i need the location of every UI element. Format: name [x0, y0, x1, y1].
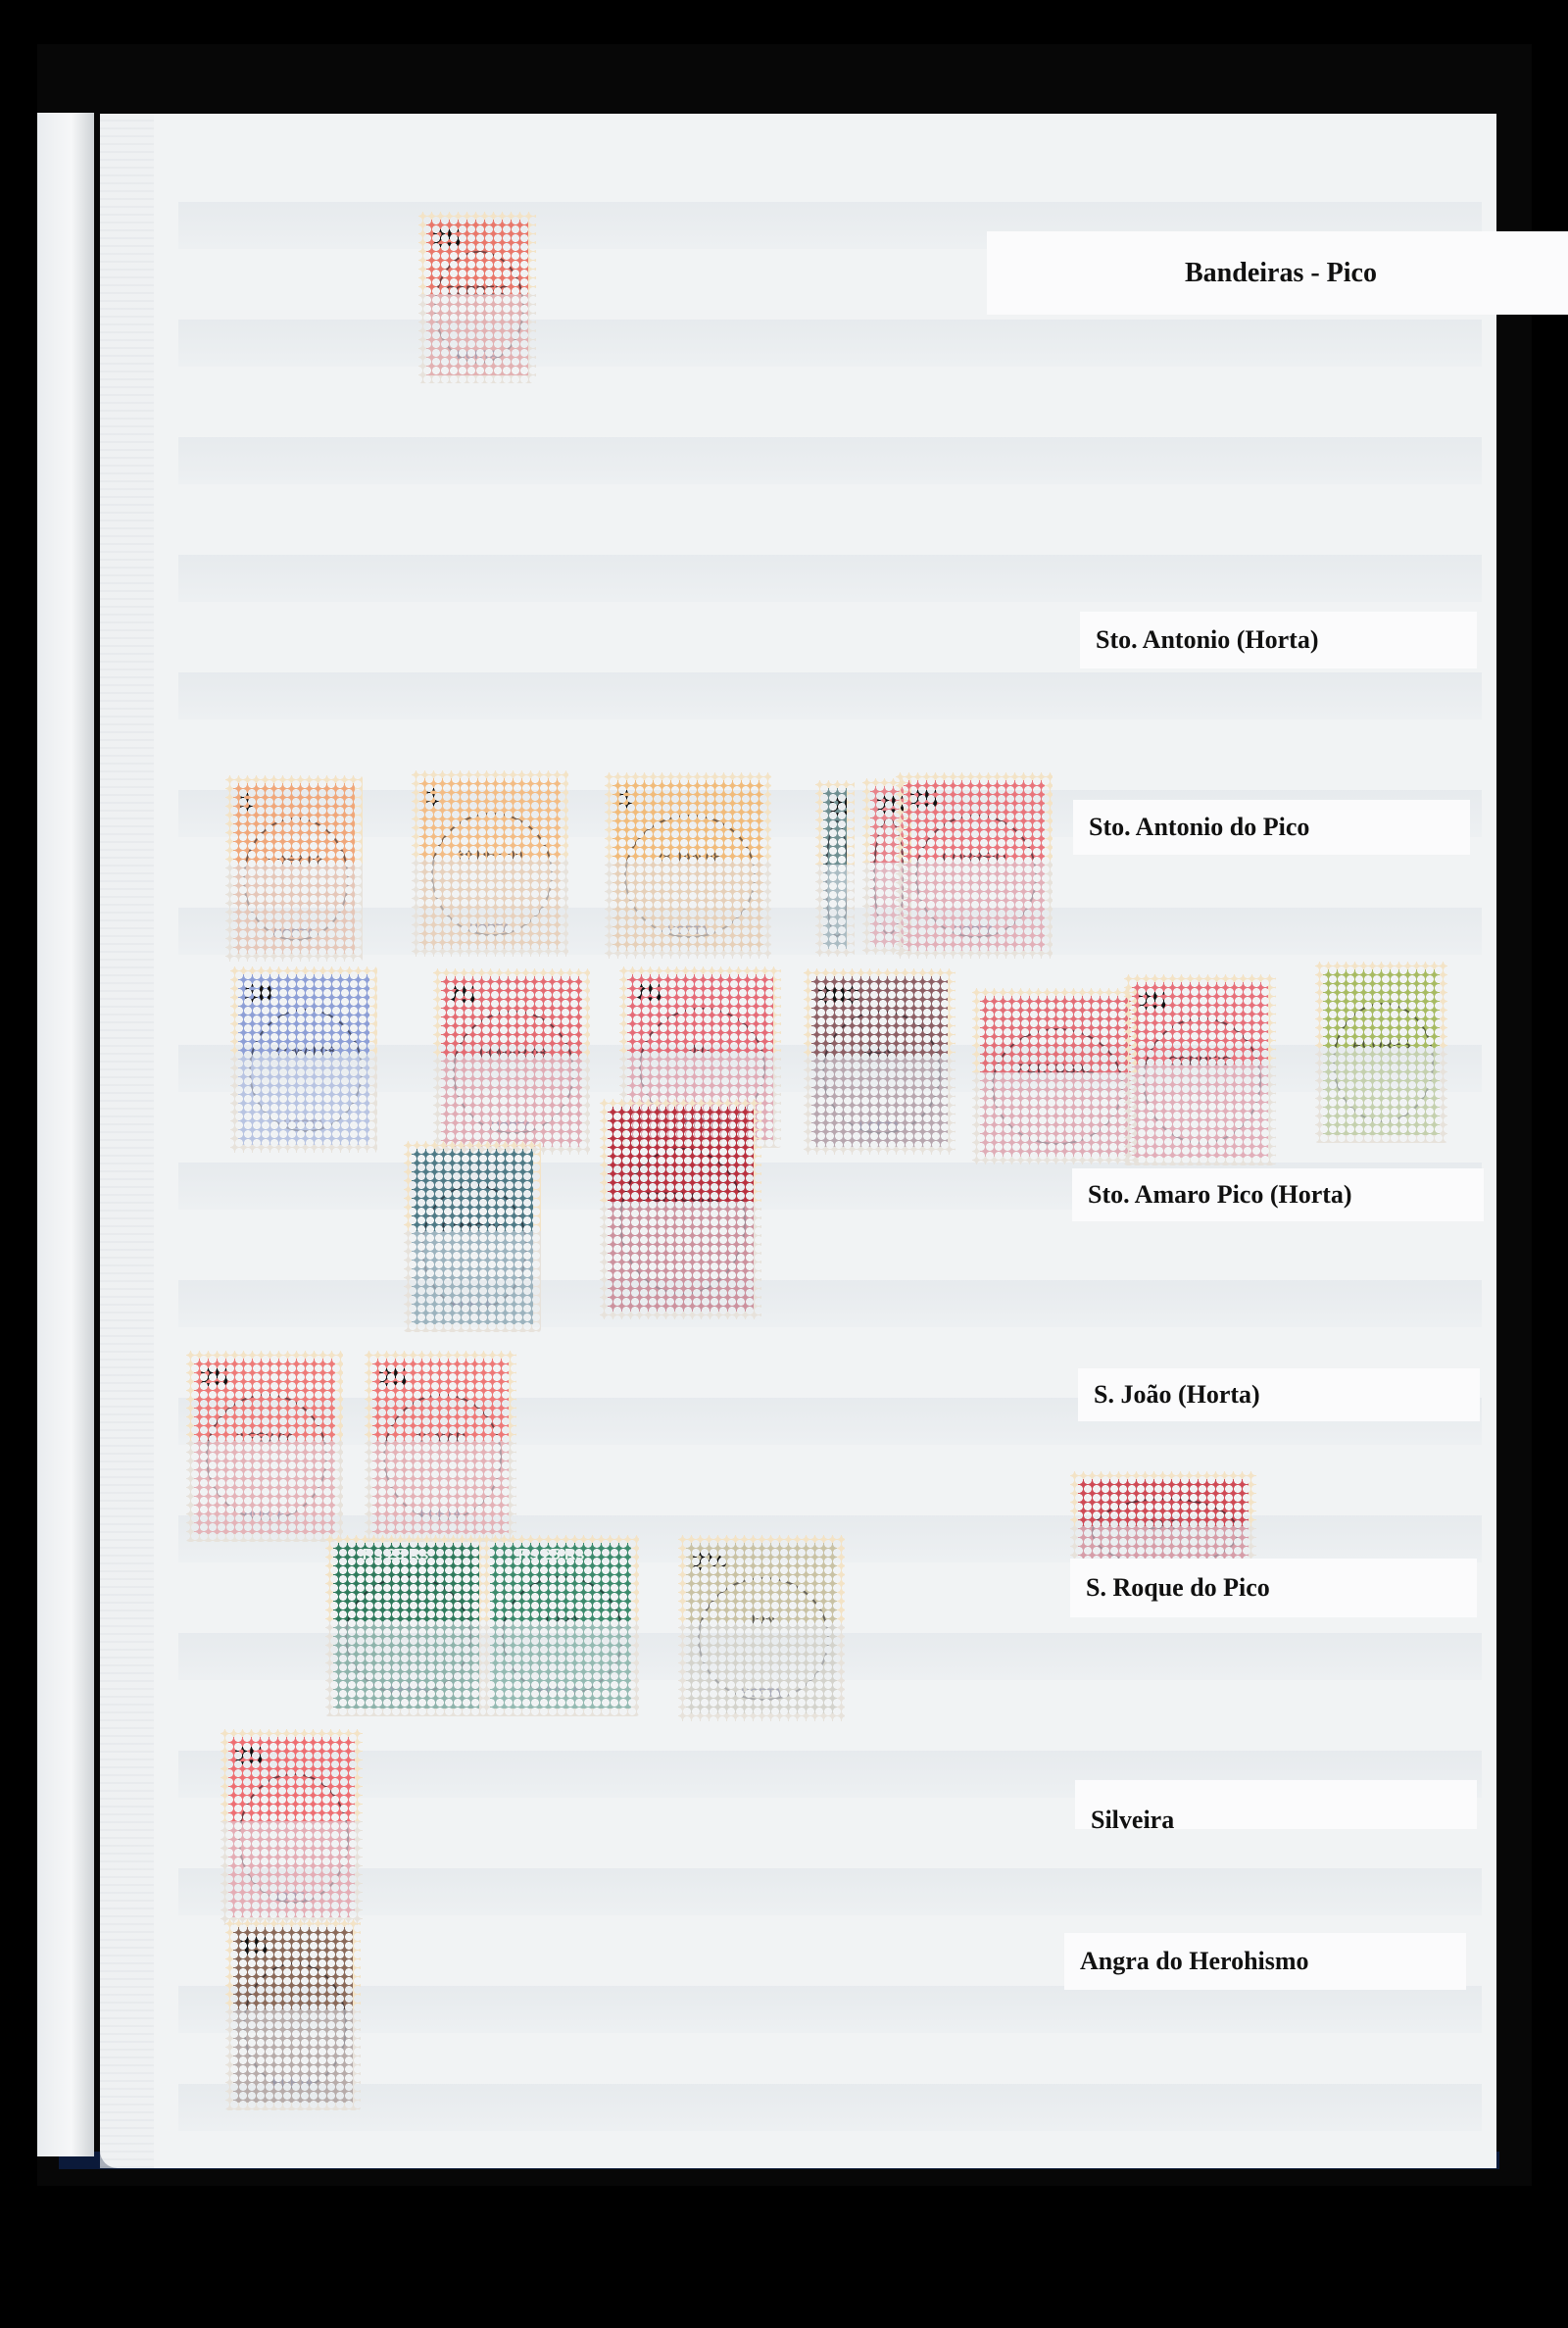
- stamp: PORTUGAL: [600, 1099, 761, 1319]
- stockbook-strip: [178, 320, 1482, 367]
- stamp-value: Rs 25 Rs: [363, 1547, 429, 1564]
- strip-veil: [1114, 1065, 1286, 1175]
- stamp: 25HORTA: [220, 1729, 363, 1925]
- stamp: Rs 25 RsHORTA: [325, 1535, 487, 1716]
- label-sto-amaro-pico-horta: Sto. Amaro Pico (Horta): [1072, 1168, 1484, 1221]
- stamp-value: Rs 25 Rs: [518, 1547, 585, 1564]
- stamp-value: 200: [817, 980, 859, 1011]
- label-sto-antonio-do-pico: Sto. Antonio do Pico: [1073, 800, 1470, 855]
- stamp: 25CORREIO: [1124, 974, 1276, 1165]
- label-text: Bandeiras - Pico: [1185, 258, 1377, 289]
- strip-veil: [1305, 1048, 1457, 1153]
- strip-veil: [211, 1821, 372, 1935]
- strip-veil: [794, 1057, 965, 1164]
- stamp-value: 75: [447, 980, 475, 1011]
- stamp-value: 25: [234, 1741, 263, 1771]
- stamp-value: 50: [244, 978, 272, 1009]
- stockbook-strip: [178, 672, 1482, 719]
- label-silveira: Silveira: [1075, 1780, 1477, 1829]
- stockbook-strip: [178, 1986, 1482, 2033]
- strip-veil: [316, 1621, 497, 1726]
- label-bandeiras-pico: Bandeiras - Pico: [987, 231, 1568, 315]
- stamp: 200REISHORTA: [804, 968, 955, 1155]
- stamp: 528 JAN 08HORTA: [605, 772, 771, 959]
- stamp-value: 5: [618, 784, 632, 815]
- stamp-value: 15: [239, 1931, 268, 1961]
- label-text: Angra do Herohismo: [1080, 1947, 1309, 1976]
- stockbook-strip: [178, 555, 1482, 602]
- stamp-value: 75: [633, 978, 661, 1009]
- stamp: Rs 25 Rs5 JUNHORTA: [482, 1535, 639, 1716]
- stamp-value: 25: [432, 223, 461, 254]
- label-s-joao-horta: S. João (Horta): [1078, 1368, 1480, 1421]
- stockbook-strip: [178, 2084, 1482, 2131]
- strip-veil: [590, 1202, 771, 1330]
- label-s-roque-do-pico: S. Roque do Pico: [1070, 1559, 1477, 1617]
- strip-veil: [394, 1231, 551, 1342]
- stamp: AÇORES: [1315, 962, 1447, 1143]
- stamp-value: 5: [425, 782, 439, 813]
- stamp: 2½JUNHORTA: [678, 1535, 845, 1721]
- stockbook-strip: [178, 1868, 1482, 1915]
- stamp-value: 2½: [692, 1547, 727, 1577]
- strip-veil: [472, 1621, 649, 1726]
- stamp-value: 5: [239, 787, 253, 817]
- stamp: 5 MAR 04HORTA: [404, 1141, 541, 1332]
- strip-veil: [668, 1623, 855, 1731]
- strip-veil: [409, 294, 546, 394]
- label-text: Silveira: [1091, 1806, 1174, 1829]
- stockbook-strip: [178, 437, 1482, 484]
- stamp: 51 DEZ 02HORTA: [225, 775, 363, 962]
- label-text: S. Roque do Pico: [1086, 1573, 1270, 1603]
- strip-veil: [216, 864, 372, 971]
- strip-veil: [886, 861, 1062, 968]
- stamp: 253 FEV 04HORTA: [186, 1351, 343, 1542]
- stamp: 7514 MAR 08HORTA: [433, 968, 590, 1155]
- stamp: 25: [815, 780, 855, 957]
- stamp: 25CORREIOHORTA: [418, 212, 536, 383]
- stockbook-page: 25CORREIOHORTA51 DEZ 02HORTA530 DEZ 00HO…: [100, 114, 1496, 2168]
- label-text: Sto. Antonio do Pico: [1089, 813, 1309, 842]
- label-text: Sto. Amaro Pico (Horta): [1088, 1180, 1352, 1210]
- label-text: Sto. Antonio (Horta): [1096, 625, 1319, 655]
- stamp-value: 25: [909, 784, 938, 815]
- stamp: 2515 MARHORTA: [365, 1351, 516, 1542]
- strip-veil: [220, 1055, 387, 1163]
- strip-veil: [595, 861, 781, 968]
- stamp: PORTUGAL: [972, 988, 1139, 1164]
- strip-veil: [402, 859, 578, 966]
- page-binding: [100, 114, 154, 2168]
- label-text: S. João (Horta): [1094, 1380, 1260, 1410]
- stamp: 15HORTA: [225, 1919, 361, 2110]
- label-angra-do-herohismo: Angra do Herohismo: [1064, 1933, 1466, 1990]
- stamp-value: 25: [829, 792, 847, 822]
- album-spine: [37, 113, 94, 2156]
- stockbook-strip: [178, 1280, 1482, 1327]
- stamp: 530 DEZ 00HORTA: [412, 770, 568, 957]
- label-sto-antonio-horta: Sto. Antonio (Horta): [1080, 612, 1477, 669]
- stamp-value: 25: [1138, 986, 1166, 1016]
- strip-veil: [962, 1072, 1149, 1174]
- strip-veil: [216, 2009, 370, 2120]
- stamp-value: 25: [200, 1362, 228, 1393]
- stamp-value: 25: [378, 1362, 407, 1393]
- stamp: 5022 MAI 08HORTA: [230, 966, 377, 1153]
- stamp: 25CORREIOHORTA: [896, 772, 1053, 959]
